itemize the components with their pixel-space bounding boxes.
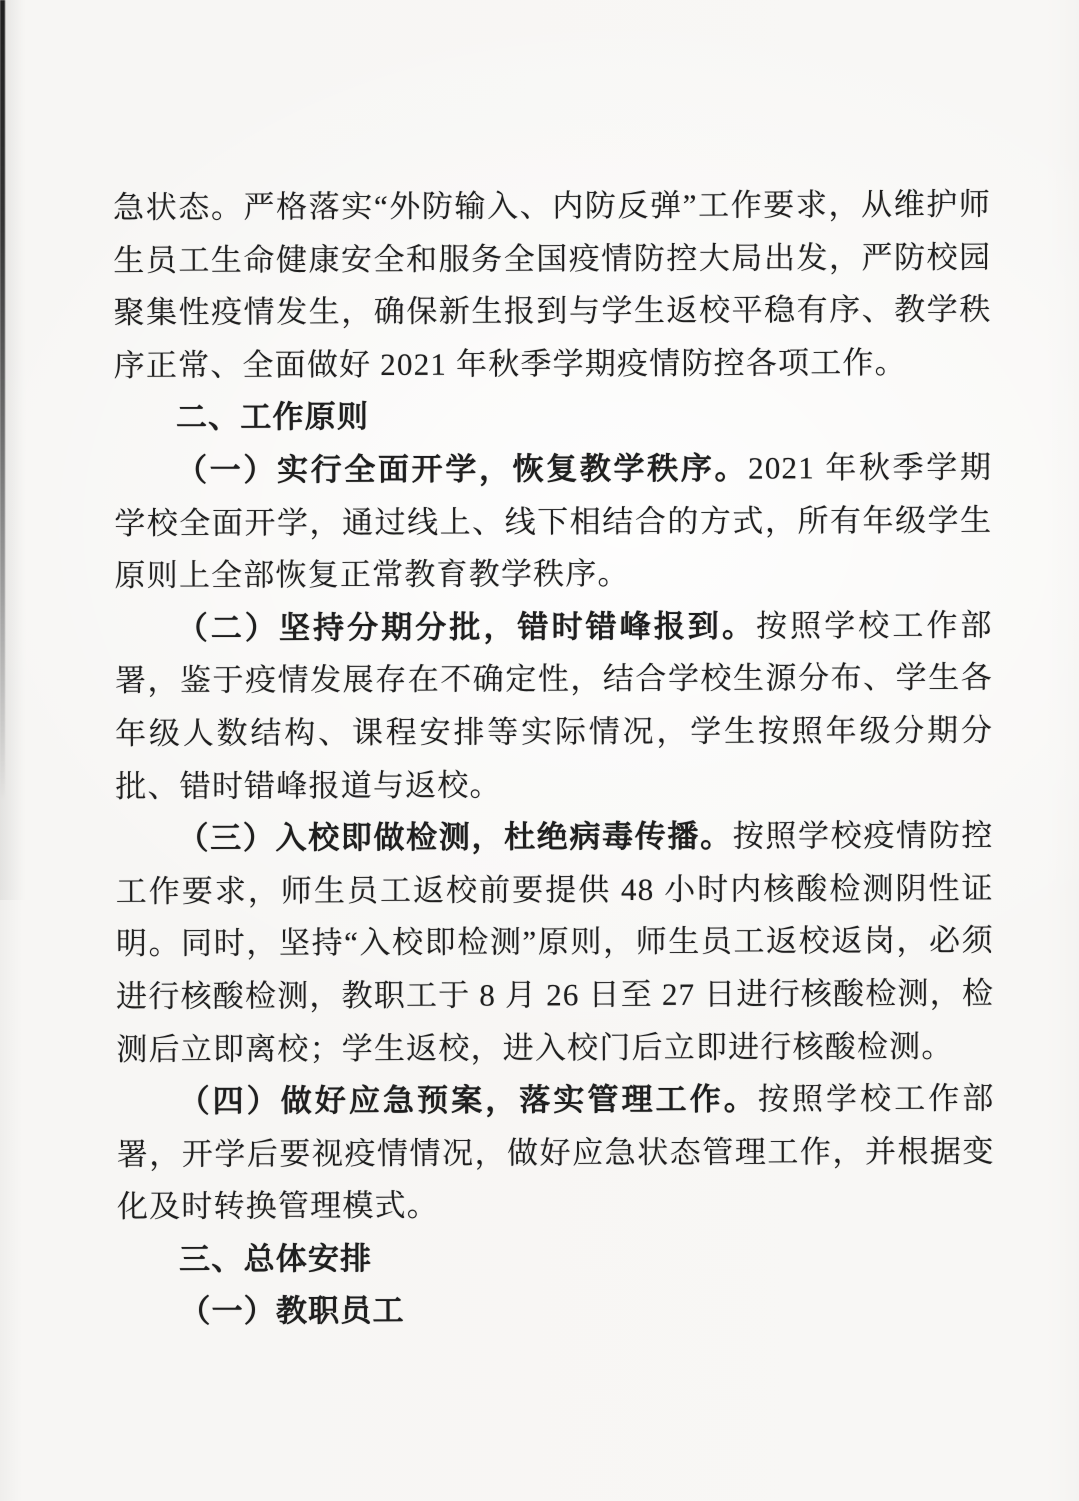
paragraph-continuation: 急状态。严格落实“外防输入、内防反弹”工作要求，从维护师生员工生命健康安全和服务… <box>113 179 992 393</box>
item-paragraph-2: （二）坚持分期分批，错时错峰报到。按照学校工作部署，鉴于疫情发展存在不确定性，结… <box>115 599 994 813</box>
section-heading-work-principles: 二、工作原则 <box>114 389 992 445</box>
item-lead: （四）做好应急预案，落实管理工作。 <box>178 1082 757 1119</box>
item-lead: （三）入校即做检测，杜绝病毒传播。 <box>177 819 732 856</box>
paragraph-text: 急状态。严格落实“外防输入、内防反弹”工作要求，从维护师生员工生命健康安全和服务… <box>113 187 992 383</box>
document-text-block: 急状态。严格落实“外防输入、内防反弹”工作要求，从维护师生员工生命健康安全和服务… <box>113 179 995 1339</box>
item-paragraph-3: （三）入校即做检测，杜绝病毒传播。按照学校疫情防控工作要求，师生员工返校前要提供… <box>115 810 994 1076</box>
item-paragraph-4: （四）做好应急预案，落实管理工作。按照学校工作部署，开学后要视疫情情况，做好应急… <box>116 1073 995 1234</box>
scanned-document-page: 急状态。严格落实“外防输入、内防反弹”工作要求，从维护师生员工生命健康安全和服务… <box>0 0 1079 1501</box>
item-paragraph-1: （一）实行全面开学，恢复教学秩序。2021 年秋季学期学校全面开学，通过线上、线… <box>114 442 993 603</box>
scan-edge-artifact <box>0 0 5 800</box>
subsection-heading-faculty-staff: （一）教职员工 <box>117 1283 995 1339</box>
section-heading-overall-arrangement: 三、总体安排 <box>117 1230 995 1286</box>
item-lead: （一）实行全面开学，恢复教学秩序。 <box>176 451 748 488</box>
item-lead: （二）坚持分期分批，错时错峰报到。 <box>177 608 756 645</box>
